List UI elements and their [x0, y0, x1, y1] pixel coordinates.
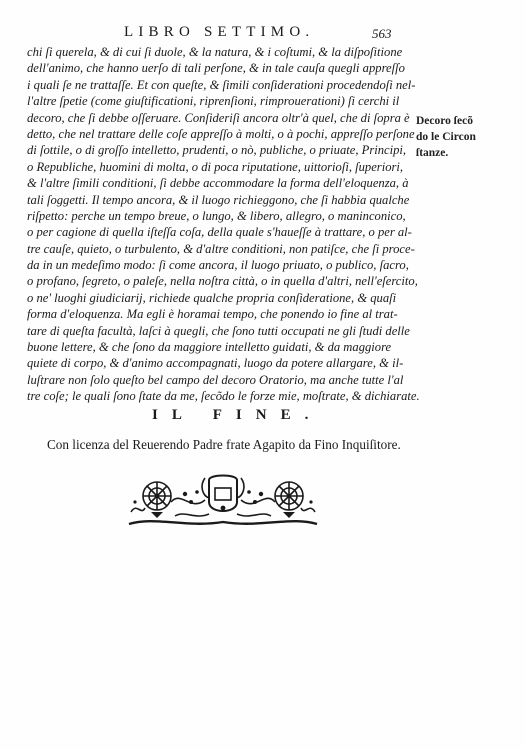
marginal-note-line: Decoro ſecõ	[416, 113, 506, 129]
text-line: dell'animo, che hanno uerſo di tali perſ…	[27, 60, 312, 76]
il-fine-heading: IL FINE.	[152, 407, 322, 424]
text-line: luſtrare non ſolo queſto bel campo del d…	[27, 372, 312, 388]
running-head: LIBRO SETTIMO. 563	[0, 24, 525, 44]
text-line: tre cauſe, quieto, o turbulento, & d'alt…	[27, 241, 312, 257]
text-line: tare di queſta facultà, laſci à quegli, …	[27, 323, 312, 339]
text-line: da in un medeſimo modo: ſi come ancora, …	[27, 257, 312, 273]
text-line: o ne' luoghi giudiciarij, richiede qualc…	[27, 290, 312, 306]
text-line: i quali ſe ne trattaſſe. Et con queſte, …	[27, 77, 312, 93]
text-line: detto, che nel trattare delle coſe appre…	[27, 126, 312, 142]
text-line: buone lettere, & che ſono da maggiore in…	[27, 339, 312, 355]
text-line: & l'altre ſimili conditioni, ſi debbe ac…	[27, 175, 312, 191]
text-line: forma d'eloquenza. Ma egli è horamai tem…	[27, 306, 312, 322]
marginal-note-line: ſtanze.	[416, 145, 506, 161]
book-page: LIBRO SETTIMO. 563 chi ſi querela, & di …	[0, 0, 525, 750]
text-line: chi ſi querela, & di cui ſi duole, & la …	[27, 44, 312, 60]
text-line: o per cagione di quella iſteſſa coſa, de…	[27, 224, 312, 240]
text-line: o profano, ſegreto, o paleſe, nella noſt…	[27, 273, 312, 289]
license-statement: Con licenza del Reuerendo Padre frate Ag…	[47, 437, 401, 453]
body-text: chi ſi querela, & di cui ſi duole, & la …	[27, 44, 312, 405]
text-line: l'altre ſpetie (come giuſtificationi, ri…	[27, 93, 312, 109]
running-title: LIBRO SETTIMO.	[124, 24, 314, 41]
text-line: quiete di corpo, & d'animo accompagnati,…	[27, 355, 312, 371]
text-line: tali ſoggetti. Il tempo ancora, & il luo…	[27, 192, 312, 208]
text-line: o Republiche, huomini di molta, o di poc…	[27, 159, 312, 175]
text-line: tre coſe; le quali ſono ſtate da me, ſec…	[27, 388, 312, 404]
text-line: decoro, che ſi debbe oſſeruare. Conſider…	[27, 110, 312, 126]
text-line: riſpetto: perche un tempo breue, o lungo…	[27, 208, 312, 224]
marginal-note-line: do le Circon	[416, 129, 506, 145]
marginal-note: Decoro ſecõ do le Circon ſtanze.	[416, 113, 506, 161]
page-number: 563	[372, 26, 392, 42]
foliate-ornament-icon	[125, 472, 321, 532]
text-line: di ſottile, o di groſſo intelletto, prud…	[27, 142, 312, 158]
